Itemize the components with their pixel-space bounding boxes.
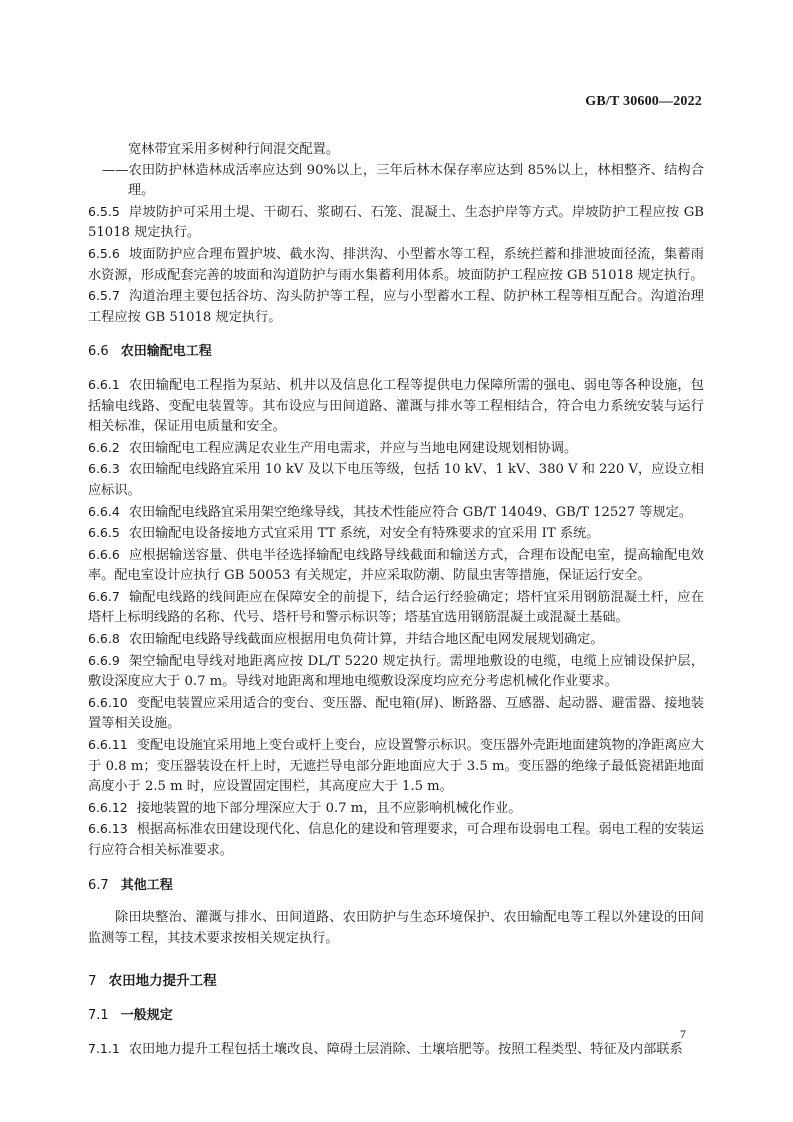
section-heading-7-1: 7.1一般规定 bbox=[88, 1006, 704, 1027]
clause-6-5-6: 6.5.6坡面防护应合理布置护坡、截水沟、排洪沟、小型蓄水等工程，系统拦蓄和排泄… bbox=[88, 244, 704, 286]
clause-6-6-5: 6.6.5农田输配电设备接地方式宜采用 TT 系统，对安全有特殊要求的宜采用 I… bbox=[88, 523, 704, 545]
page-number: 7 bbox=[680, 1027, 686, 1042]
clause-6-6-4: 6.6.4农田输配电线路宜采用架空绝缘导线，其技术性能应符合 GB/T 1404… bbox=[88, 502, 704, 524]
dash-list-item: ——农田防护林造林成活率应达到 90%以上，三年后林木保存率应达到 85%以上，… bbox=[88, 161, 704, 202]
clause-6-6-12: 6.6.12接地装置的地下部分埋深应大于 0.7 m，且不应影响机械化作业。 bbox=[88, 798, 704, 820]
clause-6-6-2: 6.6.2农田输配电工程应满足农业生产用电需求，并应与当地电网建设规划相协调。 bbox=[88, 438, 704, 460]
paragraph-6-7: 除田块整治、灌溉与排水、田间道路、农田防护与生态环境保护、农田输配电等工程以外建… bbox=[88, 908, 704, 949]
clause-6-6-10: 6.6.10变配电装置应采用适合的变台、变压器、配电箱(屏)、断路器、互感器、起… bbox=[88, 693, 704, 735]
clause-6-6-7: 6.6.7输配电线路的线间距应在保障安全的前提下，结合运行经验确定；塔杆宜采用钢… bbox=[88, 587, 704, 629]
clause-6-6-1: 6.6.1农田输配电工程指为泵站、机井以及信息化工程等提供电力保障所需的强电、弱… bbox=[88, 375, 704, 438]
clause-6-6-9: 6.6.9架空输配电导线对地距离应按 DL/T 5220 规定执行。需埋地敷设的… bbox=[88, 651, 704, 693]
continuation-text: 宽林带宜采用多树种行间混交配置。 bbox=[88, 140, 704, 161]
clause-6-6-3: 6.6.3农田输配电线路宜采用 10 kV 及以下电压等级，包括 10 kV、1… bbox=[88, 459, 704, 501]
document-body: 宽林带宜采用多树种行间混交配置。 ——农田防护林造林成活率应达到 90%以上，三… bbox=[88, 140, 704, 1060]
clause-6-6-8: 6.6.8农田输配电线路导线截面应根据用电负荷计算，并结合地区配电网发展规划确定… bbox=[88, 629, 704, 651]
clause-6-6-13: 6.6.13根据高标准农田建设现代化、信息化的建设和管理要求，可合理布设弱电工程… bbox=[88, 819, 704, 861]
clause-6-5-5: 6.5.5岸坡防护可采用土堤、干砌石、浆砌石、石笼、混凝土、生态护岸等方式。岸坡… bbox=[88, 202, 704, 244]
clause-6-5-7: 6.5.7沟道治理主要包括谷坊、沟头防护等工程，应与小型蓄水工程、防护林工程等相… bbox=[88, 286, 704, 328]
clause-6-6-11: 6.6.11变配电设施宜采用地上变台或杆上变台，应设置警示标识。变压器外壳距地面… bbox=[88, 735, 704, 798]
chapter-heading-7: 7农田地力提升工程 bbox=[88, 971, 704, 992]
standard-code-header: GB/T 30600—2022 bbox=[585, 94, 702, 110]
section-heading-6-6: 6.6农田输配电工程 bbox=[88, 342, 704, 363]
clause-6-6-6: 6.6.6应根据输送容量、供电半径选择输配电线路导线截面和输送方式，合理布设配电… bbox=[88, 545, 704, 587]
section-heading-6-7: 6.7其他工程 bbox=[88, 876, 704, 897]
clause-7-1-1: 7.1.1农田地力提升工程包括土壤改良、障碍土层消除、土壤培肥等。按照工程类型、… bbox=[88, 1039, 704, 1061]
